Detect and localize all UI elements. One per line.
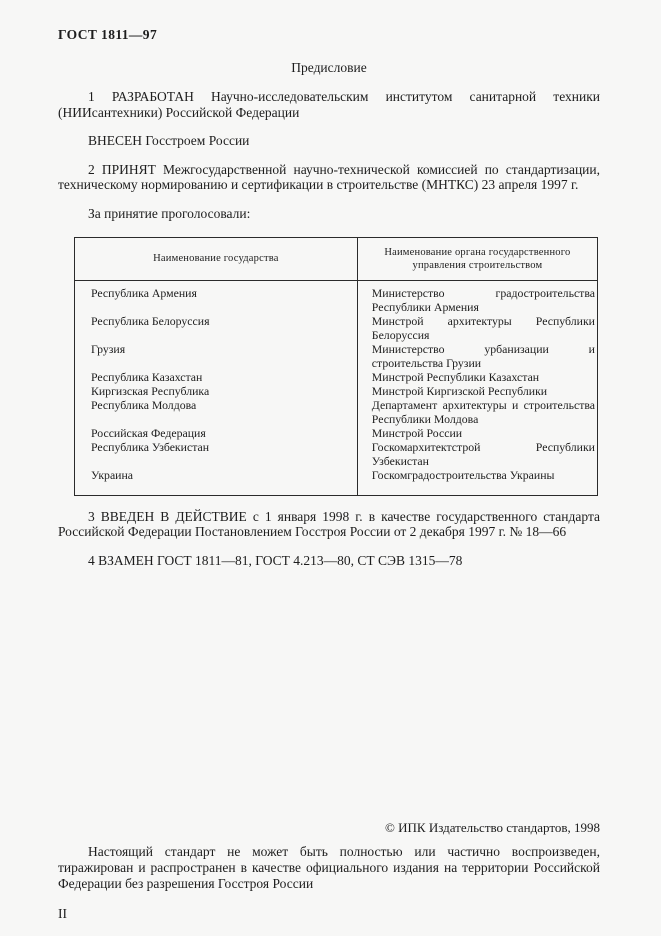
- agency-column-header: Наименование органа государственного упр…: [357, 237, 597, 280]
- country-cell: Республика Молдова: [75, 398, 358, 426]
- agency-cell: Департамент архитектуры и строительства …: [357, 398, 597, 426]
- country-cell: Республика Казахстан: [75, 370, 358, 384]
- country-cell: Грузия: [75, 342, 358, 370]
- table-row: Республика УзбекистанГоскомархитектстрой…: [75, 440, 598, 468]
- agency-cell: Минстрой России: [357, 426, 597, 440]
- table-row: УкраинаГоскомградостроительства Украины: [75, 468, 598, 496]
- clause-effective: 3 ВВЕДЕН В ДЕЙСТВИЕ с 1 января 1998 г. в…: [58, 509, 600, 540]
- clause-submitted: ВНЕСЕН Госстроем России: [58, 133, 600, 149]
- country-cell: Республика Узбекистан: [75, 440, 358, 468]
- table-row: Киргизская РеспубликаМинстрой Киргизской…: [75, 384, 598, 398]
- table-row: ГрузияМинистерство урбанизации и строите…: [75, 342, 598, 370]
- table-row: Российская ФедерацияМинстрой России: [75, 426, 598, 440]
- agency-cell: Госкомградостроительства Украины: [357, 468, 597, 496]
- country-cell: Российская Федерация: [75, 426, 358, 440]
- reproduction-notice: Настоящий стандарт не может быть полност…: [58, 844, 600, 891]
- country-cell: Киргизская Республика: [75, 384, 358, 398]
- clause-adopted: 2 ПРИНЯТ Межгосударственной научно-техни…: [58, 162, 600, 193]
- section-title: Предисловие: [58, 60, 600, 76]
- agency-cell: Министерство градостроительства Республи…: [357, 280, 597, 314]
- agency-cell: Минстрой архитектуры Республики Белорусс…: [357, 314, 597, 342]
- table-header-row: Наименование государства Наименование ор…: [75, 237, 598, 280]
- document-page: ГОСТ 1811—97 Предисловие 1 РАЗРАБОТАН На…: [0, 0, 661, 936]
- table-row: Республика КазахстанМинстрой Республики …: [75, 370, 598, 384]
- agency-cell: Минстрой Киргизской Республики: [357, 384, 597, 398]
- doc-number: ГОСТ 1811—97: [58, 27, 600, 43]
- agency-cell: Министерство урбанизации и строительства…: [357, 342, 597, 370]
- table-row: Республика БелоруссияМинстрой архитектур…: [75, 314, 598, 342]
- table-row: Республика МолдоваДепартамент архитектур…: [75, 398, 598, 426]
- voting-table-header: Наименование государства Наименование ор…: [75, 237, 598, 280]
- copyright-line: © ИПК Издательство стандартов, 1998: [58, 820, 600, 836]
- voting-table: Наименование государства Наименование ор…: [74, 237, 598, 496]
- voting-table-body: Республика АрменияМинистерство градостро…: [75, 280, 598, 495]
- clause-developed: 1 РАЗРАБОТАН Научно-исследовательским ин…: [58, 89, 600, 120]
- table-row: Республика АрменияМинистерство градостро…: [75, 280, 598, 314]
- page-number: II: [58, 906, 600, 922]
- agency-cell: Минстрой Республики Казахстан: [357, 370, 597, 384]
- country-cell: Украина: [75, 468, 358, 496]
- vote-intro: За принятие проголосовали:: [58, 206, 600, 222]
- country-cell: Республика Армения: [75, 280, 358, 314]
- country-cell: Республика Белоруссия: [75, 314, 358, 342]
- agency-cell: Госкомархитектстрой Республики Узбекиста…: [357, 440, 597, 468]
- clause-replaces: 4 ВЗАМЕН ГОСТ 1811—81, ГОСТ 4.213—80, СТ…: [58, 553, 600, 569]
- country-column-header: Наименование государства: [75, 237, 358, 280]
